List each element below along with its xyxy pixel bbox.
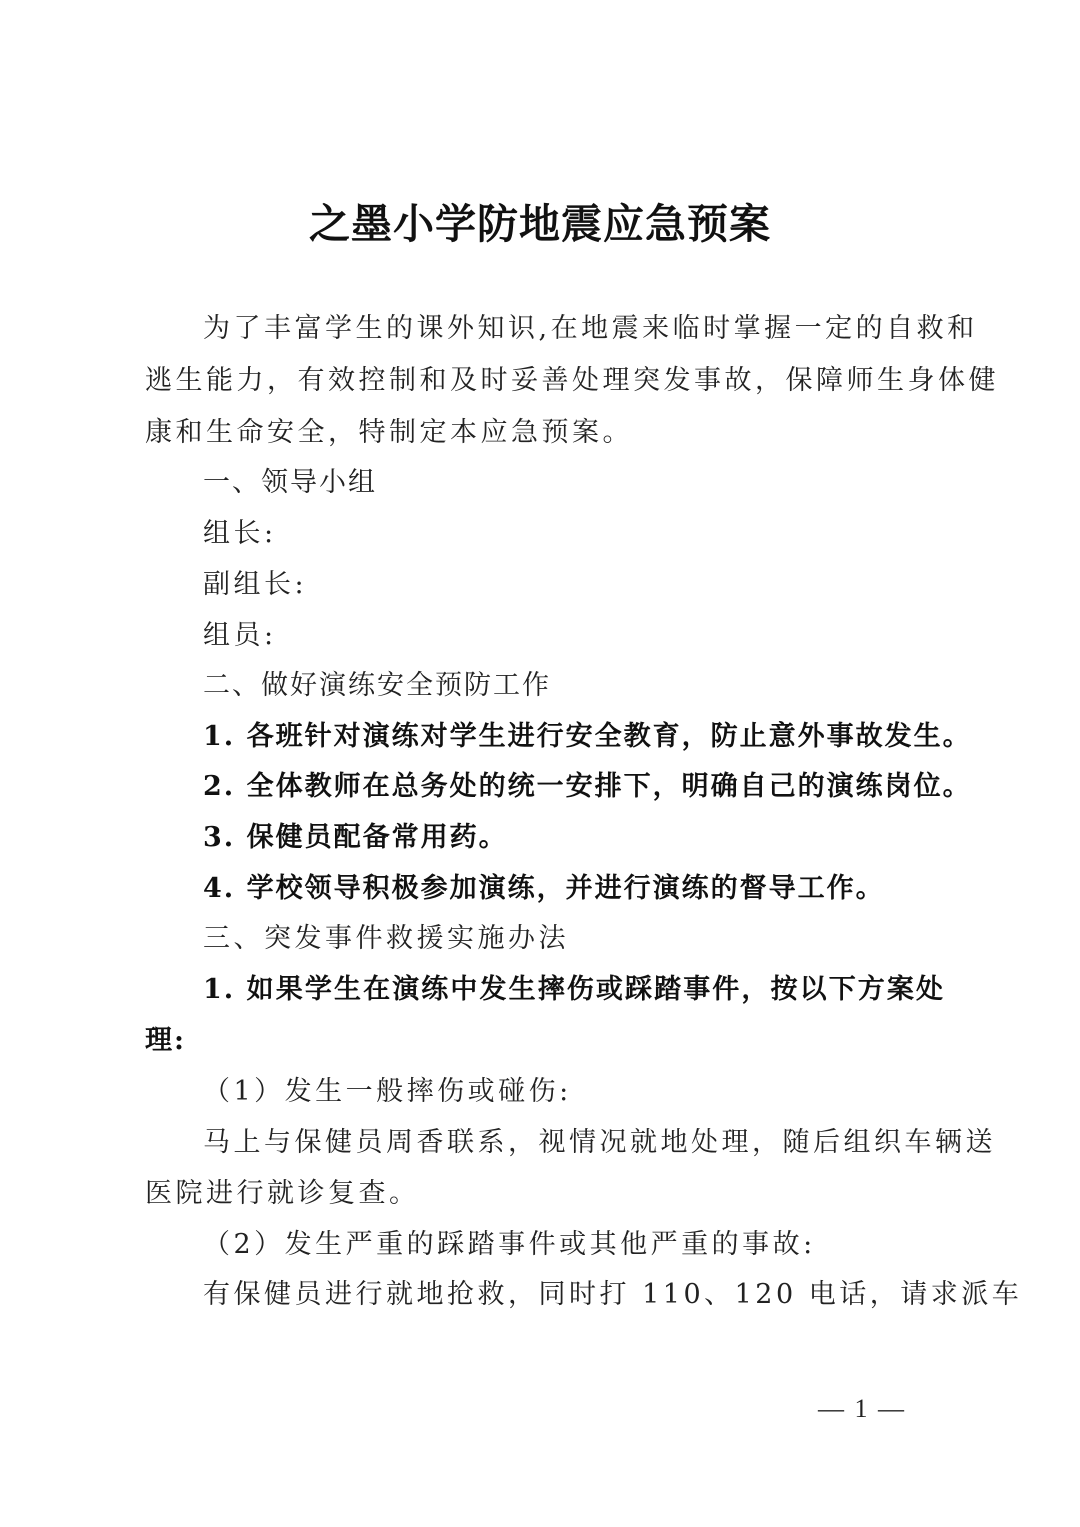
section-2-heading: 二、做好演练安全预防工作 [203,669,551,703]
intro-line-3: 康和生命安全，特制定本应急预案。 [145,416,633,450]
case-1-heading: （1）发生一般摔伤或碰伤: [203,1075,572,1109]
intro-line-1: 为了丰富学生的课外知识,在地震来临时掌握一定的自救和 [203,312,945,346]
section-2-item-2: 2. 全体教师在总务处的统一安排下，明确自己的演练岗位。 [203,770,945,804]
page-number: — 1 — [818,1392,906,1426]
section-2-item-4: 4. 学校领导积极参加演练，并进行演练的督导工作。 [203,872,885,906]
section-3-item-1-line-1: 1. 如果学生在演练中发生摔伤或踩踏事件，按以下方案处 [203,973,945,1007]
deputy-leader-label: 副组长: [203,568,307,602]
section-3-item-1-line-2: 理: [145,1024,186,1058]
leader-label: 组长: [203,517,277,551]
members-label: 组员: [203,619,277,653]
section-2-item-1: 1. 各班针对演练对学生进行安全教育，防止意外事故发生。 [203,720,945,754]
case-2-heading: （2）发生严重的踩踏事件或其他严重的事故: [203,1228,816,1262]
case-1-line-1: 马上与保健员周香联系，视情况就地处理，随后组织车辆送 [203,1126,945,1160]
intro-line-2: 逃生能力，有效控制和及时妥善处理突发事故，保障师生身体健 [145,364,945,398]
case-1-line-2: 医院进行就诊复查。 [145,1177,420,1211]
case-2-line-1: 有保健员进行就地抢救，同时打 110、120 电话，请求派车 [203,1278,945,1312]
section-2-item-3: 3. 保健员配备常用药。 [203,821,508,855]
section-1-heading: 一、领导小组 [203,466,377,500]
document-title: 之墨小学防地震应急预案 [0,196,1080,252]
section-3-heading: 三、突发事件救援实施办法 [203,922,569,956]
